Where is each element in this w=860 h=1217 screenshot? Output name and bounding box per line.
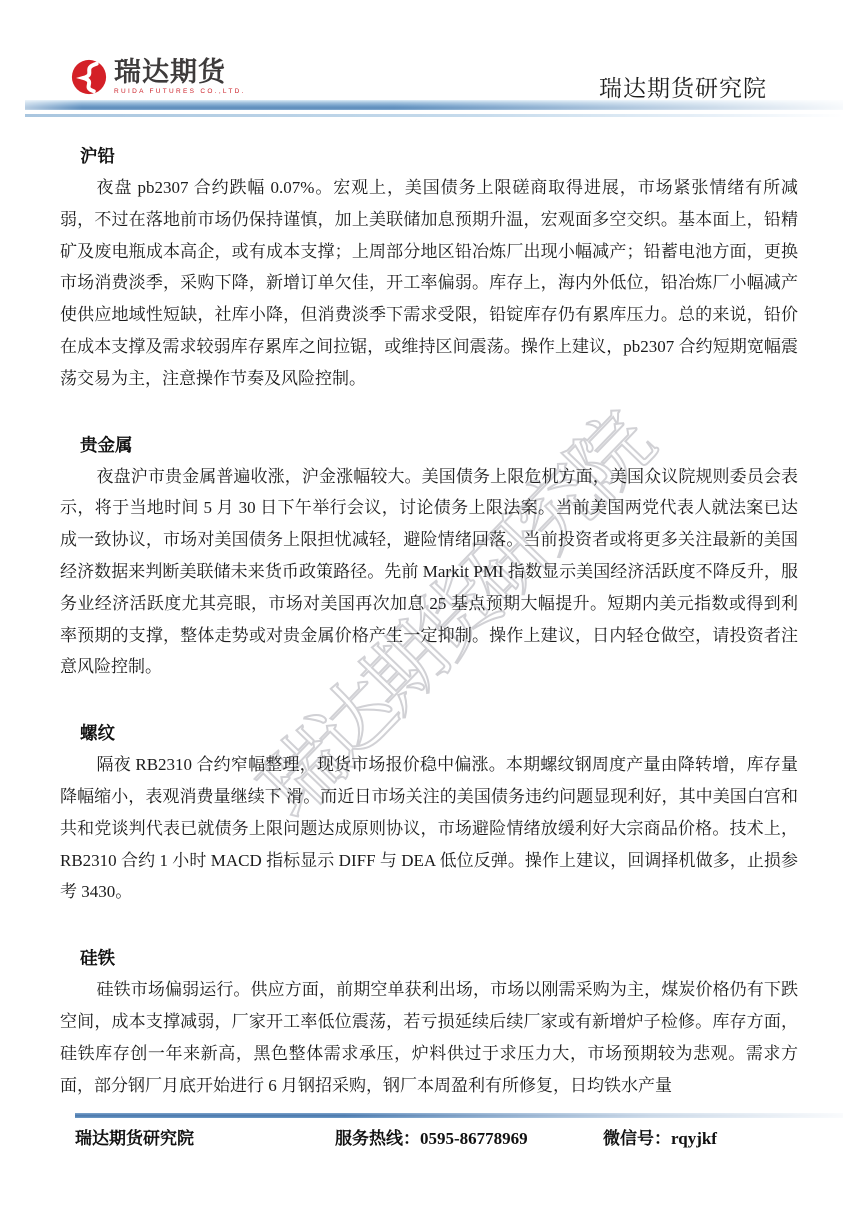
- footer-hotline: 服务热线：0595-86778969: [335, 1126, 528, 1152]
- section-heading: 贵金属: [80, 429, 798, 461]
- header-divider-bar: [25, 100, 843, 110]
- header-institute-title: 瑞达期货研究院: [599, 70, 767, 103]
- footer-wechat-id: 微信号：rqyjkf: [603, 1126, 717, 1152]
- section-heading: 硅铁: [80, 942, 798, 974]
- header-divider-rule: [25, 114, 843, 117]
- section-rebar: 螺纹 隔夜 RB2310 合约窄幅整理，现货市场报价稳中偏涨。本期螺纹钢周度产量…: [60, 717, 798, 908]
- ruida-logo-icon: [70, 58, 108, 96]
- section-paragraph: 夜盘沪市贵金属普遍收涨，沪金涨幅较大。美国债务上限危机方面，美国众议院规则委员会…: [60, 461, 798, 684]
- footer-divider-bar: [75, 1113, 843, 1118]
- report-content: 沪铅 夜盘 pb2307 合约跌幅 0.07%。宏观上，美国债务上限磋商取得进展…: [60, 140, 798, 1101]
- report-page: 瑞达期货 RUIDA FUTURES CO.,LTD. 瑞达期货研究院 瑞达期货…: [0, 0, 860, 1217]
- section-ferrosilicon: 硅铁 硅铁市场偏弱运行。供应方面，前期空单获利出场，市场以刚需采购为主，煤炭价格…: [60, 942, 798, 1101]
- section-paragraph: 硅铁市场偏弱运行。供应方面，前期空单获利出场，市场以刚需采购为主，煤炭价格仍有下…: [60, 974, 798, 1101]
- section-lead: 沪铅 夜盘 pb2307 合约跌幅 0.07%。宏观上，美国债务上限磋商取得进展…: [60, 140, 798, 395]
- section-heading: 螺纹: [80, 717, 798, 749]
- section-heading: 沪铅: [80, 140, 798, 172]
- section-precious-metals: 贵金属 夜盘沪市贵金属普遍收涨，沪金涨幅较大。美国债务上限危机方面，美国众议院规…: [60, 429, 798, 684]
- footer: 瑞达期货研究院 服务热线：0595-86778969 微信号：rqyjkf: [0, 1126, 860, 1152]
- footer-org-name: 瑞达期货研究院: [75, 1126, 194, 1152]
- logo-company-name: 瑞达期货: [114, 58, 246, 86]
- company-logo: 瑞达期货 RUIDA FUTURES CO.,LTD.: [70, 58, 246, 96]
- section-paragraph: 夜盘 pb2307 合约跌幅 0.07%。宏观上，美国债务上限磋商取得进展，市场…: [60, 172, 798, 395]
- logo-text-group: 瑞达期货 RUIDA FUTURES CO.,LTD.: [114, 58, 246, 95]
- section-paragraph: 隔夜 RB2310 合约窄幅整理，现货市场报价稳中偏涨。本期螺纹钢周度产量由降转…: [60, 749, 798, 908]
- logo-company-subtitle: RUIDA FUTURES CO.,LTD.: [114, 88, 246, 95]
